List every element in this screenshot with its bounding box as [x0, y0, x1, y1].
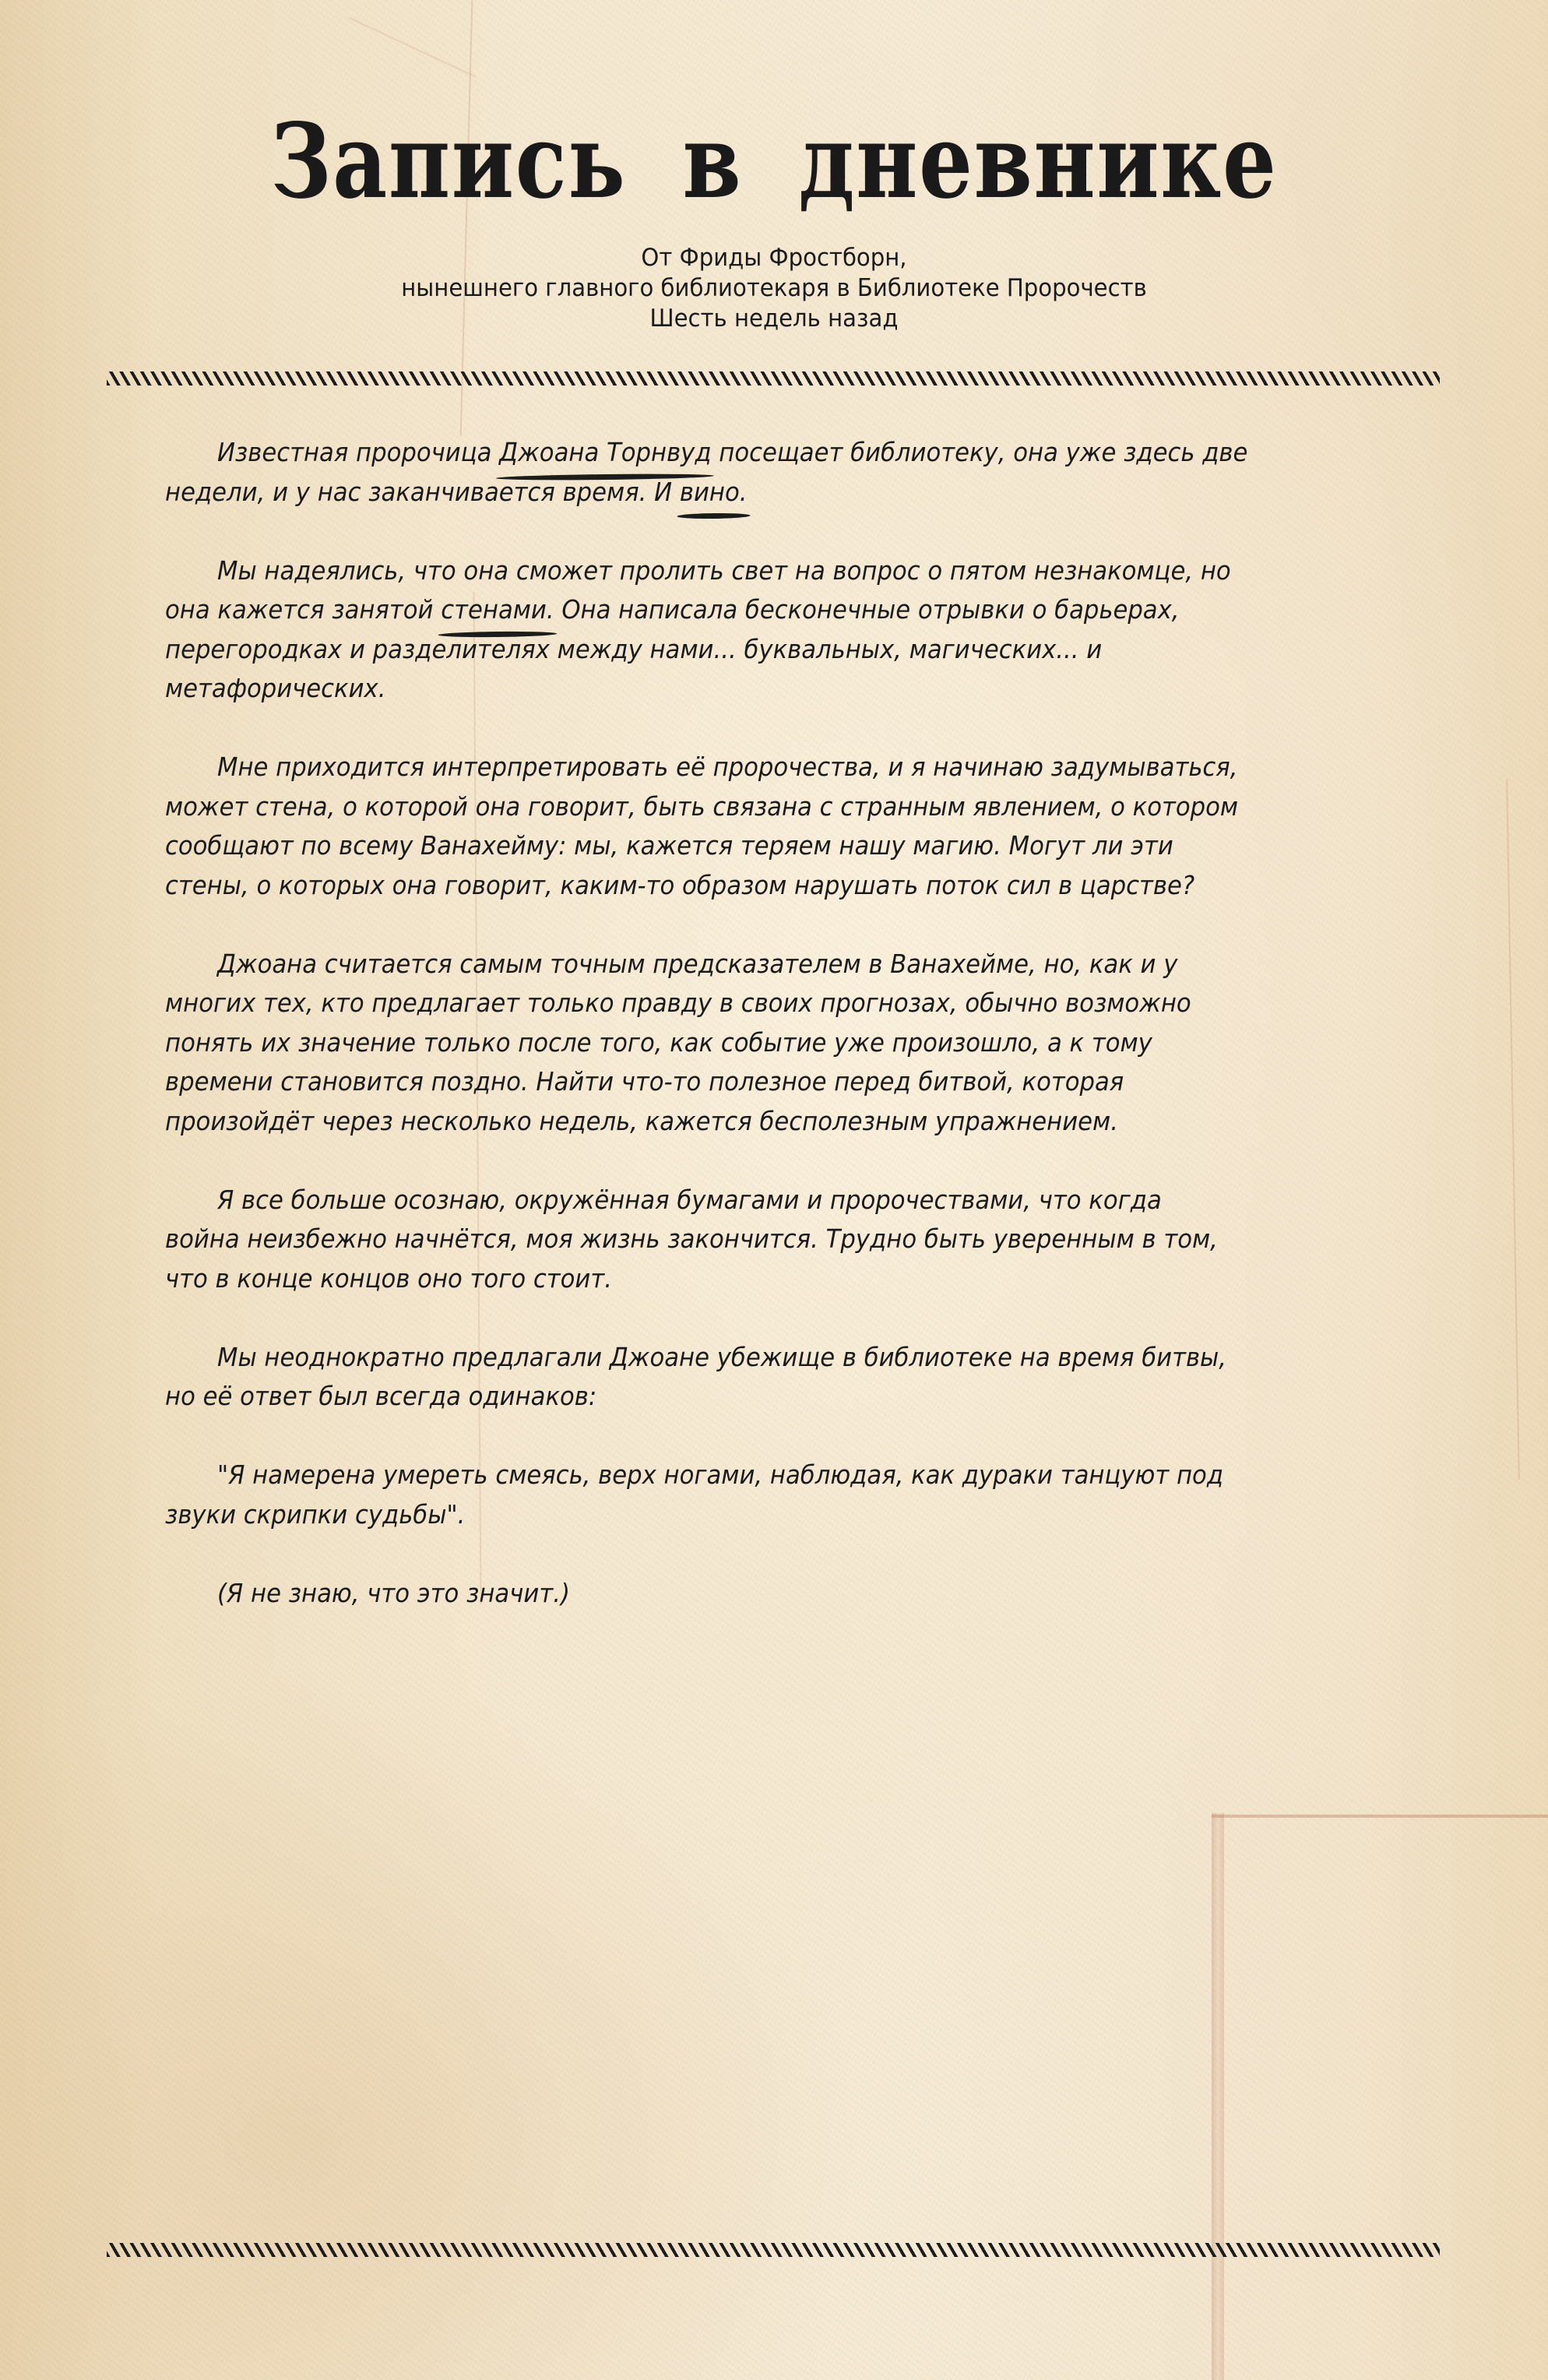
text-line: недели, и у нас заканчивается время. И в…: [165, 473, 1295, 512]
entry-paragraph: Мы неоднократно предлагали Джоане убежищ…: [165, 1338, 1380, 1417]
entry-byline: От Фриды Фростборн, нынешнего главного б…: [47, 243, 1502, 334]
text-line: что в конце концов оно того стоит.: [165, 1259, 1295, 1299]
text-line: Известная пророчица Джоана Торнвуд посещ…: [165, 433, 1295, 473]
text-segment: многих тех, кто предлагает только правду…: [165, 988, 1191, 1018]
text-segment: Она написала бесконечные отрывки о барье…: [554, 594, 1180, 625]
text-line: Мы надеялись, что она сможет пролить све…: [165, 551, 1295, 591]
text-line: она кажется занятой стенами. Она написал…: [165, 590, 1295, 630]
text-line: Мы неоднократно предлагали Джоане убежищ…: [165, 1338, 1295, 1378]
text-segment: понять их значение только после того, ка…: [165, 1027, 1152, 1058]
text-line: (Я не знаю, что это значит.): [165, 1574, 1295, 1614]
page-title: Запись в дневнике: [139, 100, 1409, 224]
text-segment: Мне приходится интерпретировать её проро…: [217, 752, 1238, 782]
entry-paragraph: Мы надеялись, что она сможет пролить све…: [165, 551, 1380, 709]
text-line: "Я намерена умереть смеясь, верх ногами,…: [165, 1456, 1295, 1495]
text-line: Мне приходится интерпретировать её проро…: [165, 748, 1295, 787]
text-line: может стена, о которой она говорит, быть…: [165, 787, 1295, 827]
byline-author: От Фриды Фростборн,: [47, 243, 1502, 273]
entry-paragraph: Я все больше осознаю, окружённая бумагам…: [165, 1181, 1380, 1299]
entry-paragraph: Мне приходится интерпретировать её проро…: [165, 748, 1380, 905]
entry-paragraph: Джоана считается самым точным предсказат…: [165, 945, 1380, 1142]
text-line: многих тех, кто предлагает только правду…: [165, 984, 1295, 1023]
text-segment: "Я намерена умереть смеясь, верх ногами,…: [217, 1459, 1223, 1490]
text-line: перегородках и разделителях между нами..…: [165, 630, 1295, 670]
paper-fold-vertical: [1212, 1813, 1224, 2380]
text-line: произойдёт через несколько недель, кажет…: [165, 1102, 1295, 1142]
text-segment: Известная пророчица: [217, 437, 499, 467]
underlined-emphasis: Джоана Торнвуд: [499, 433, 711, 473]
text-segment: произойдёт через несколько недель, кажет…: [165, 1106, 1118, 1136]
text-segment: может стена, о которой она говорит, быть…: [165, 791, 1238, 822]
text-segment: она кажется занятой: [165, 594, 441, 625]
hatched-divider-top: [107, 371, 1440, 386]
byline-date: Шесть недель назад: [47, 304, 1502, 334]
entry-paragraph: Известная пророчица Джоана Торнвуд посещ…: [165, 433, 1380, 512]
text-segment: Я все больше осознаю, окружённая бумагам…: [217, 1185, 1162, 1215]
text-line: метафорических.: [165, 669, 1295, 709]
text-line: сообщают по всему Ванахейму: мы, кажется…: [165, 826, 1295, 866]
text-segment: Джоана считается самым точным предсказат…: [217, 949, 1177, 979]
text-line: звуки скрипки судьбы".: [165, 1495, 1295, 1535]
text-line: времени становится поздно. Найти что-то …: [165, 1062, 1295, 1102]
text-segment: Мы надеялись, что она сможет пролить све…: [217, 555, 1231, 586]
text-segment: стены, о которых она говорит, каким-то о…: [165, 870, 1194, 900]
paper-fold-horizontal: [1212, 1815, 1548, 1818]
text-line: понять их значение только после того, ка…: [165, 1023, 1295, 1063]
paper-crease: [349, 17, 477, 78]
text-segment: (Я не знаю, что это значит.): [217, 1578, 570, 1608]
text-line: Я все больше осознаю, окружённая бумагам…: [165, 1181, 1295, 1220]
text-segment: Мы неоднократно предлагали Джоане убежищ…: [217, 1342, 1226, 1372]
text-segment: перегородках и разделителях между нами..…: [165, 634, 1102, 664]
text-segment: сообщают по всему Ванахейму: мы, кажется…: [165, 830, 1173, 861]
underlined-emphasis: стенами.: [441, 590, 554, 630]
text-segment: война неизбежно начнётся, моя жизнь зако…: [165, 1223, 1218, 1254]
byline-role: нынешнего главного библиотекаря в Библио…: [47, 273, 1502, 304]
paper-crease: [1506, 779, 1520, 1480]
text-segment: метафорических.: [165, 673, 385, 703]
hatched-divider-bottom: [107, 2243, 1440, 2257]
text-segment: что в конце концов оно того стоит.: [165, 1263, 612, 1294]
text-segment: посещает библиотеку, она уже здесь две: [712, 437, 1248, 467]
diary-entry-body: Известная пророчица Джоана Торнвуд посещ…: [165, 433, 1380, 1653]
text-segment: звуки скрипки судьбы".: [165, 1499, 465, 1530]
entry-paragraph: (Я не знаю, что это значит.): [165, 1574, 1380, 1614]
entry-paragraph: "Я намерена умереть смеясь, верх ногами,…: [165, 1456, 1380, 1534]
text-line: Джоана считается самым точным предсказат…: [165, 945, 1295, 984]
text-segment: времени становится поздно. Найти что-то …: [165, 1066, 1124, 1097]
text-segment: недели, и у нас заканчивается время. И: [165, 477, 680, 507]
text-line: но её ответ был всегда одинаков:: [165, 1377, 1295, 1417]
text-line: война неизбежно начнётся, моя жизнь зако…: [165, 1220, 1295, 1259]
text-line: стены, о которых она говорит, каким-то о…: [165, 866, 1295, 906]
text-segment: но её ответ был всегда одинаков:: [165, 1381, 596, 1411]
underlined-emphasis: вино.: [680, 473, 748, 512]
